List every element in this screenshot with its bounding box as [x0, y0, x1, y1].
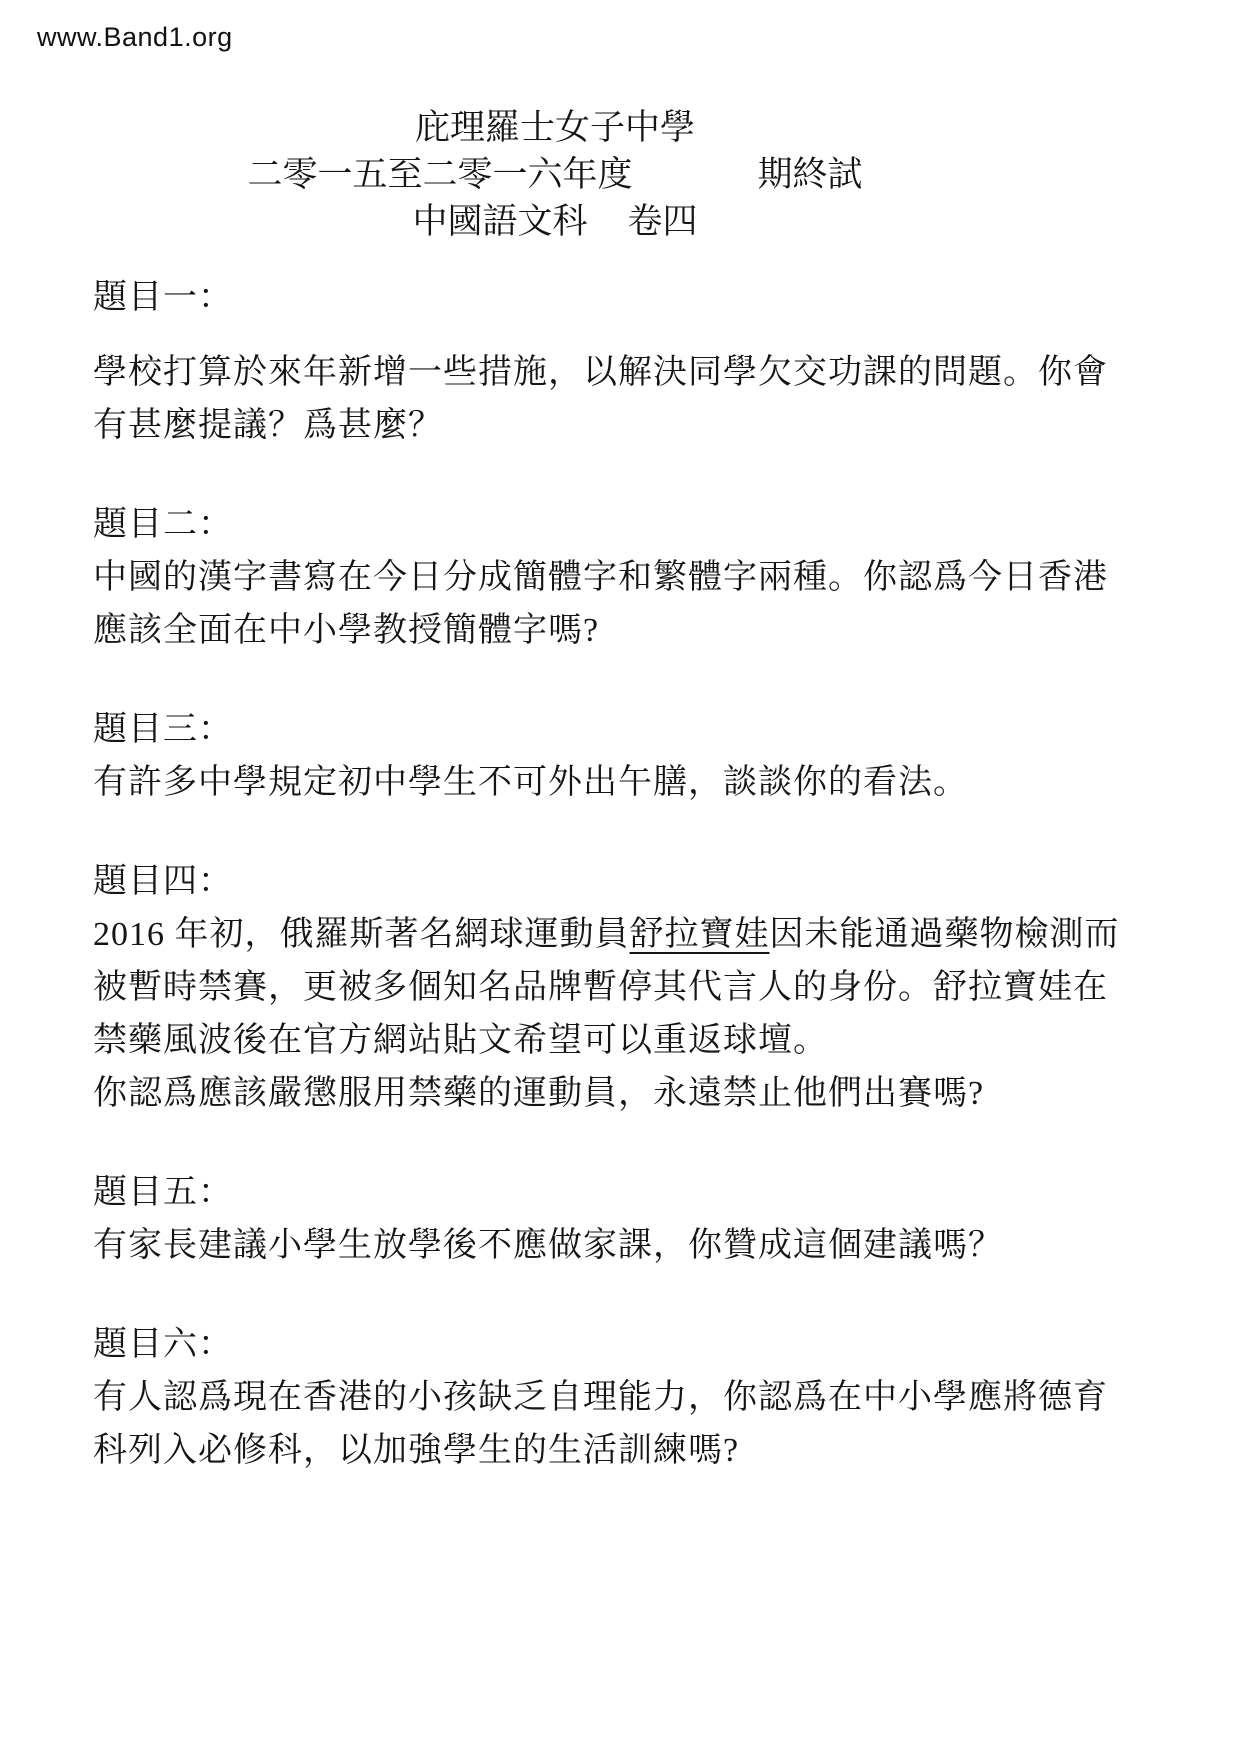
school-name: 庇理羅士女子中學 — [0, 104, 1110, 151]
question-list: 題目一：學校打算於來年新增一些措施，以解決同學欠交功課的問題。你會有甚麼提議？爲… — [93, 271, 1041, 1477]
question-text-segment: 你認爲應該嚴懲服用禁藥的運動員，永遠禁止他們出賽嗎? — [93, 1075, 984, 1112]
paper-number: 卷四 — [628, 202, 698, 241]
question-3-label: 題目三： — [93, 703, 1041, 756]
question-4: 題目四：2016 年初，俄羅斯著名網球運動員舒拉寶娃因未能通過藥物檢測而被暫時禁… — [93, 855, 1041, 1120]
question-text-segment: 科列入必修科，以加強學生的生活訓練嗎? — [93, 1432, 739, 1469]
question-3: 題目三：有許多中學規定初中學生不可外出午膳，談談你的看法。 — [93, 703, 1041, 809]
question-3-text-line: 有許多中學規定初中學生不可外出午膳，談談你的看法。 — [93, 756, 1041, 809]
question-text-segment: 有許多中學規定初中學生不可外出午膳，談談你的看法。 — [93, 764, 968, 801]
question-2-text-line: 中國的漢字書寫在今日分成簡體字和繁體字兩種。你認爲今日香港 — [93, 551, 1041, 604]
question-6-label: 題目六： — [93, 1318, 1041, 1371]
question-text-segment: 有人認爲現在香港的小孩缺乏自理能力，你認爲在中小學應將德育 — [93, 1379, 1108, 1416]
question-6-text-line: 有人認爲現在香港的小孩缺乏自理能力，你認爲在中小學應將德育 — [93, 1371, 1041, 1424]
question-1-text-line: 學校打算於來年新增一些措施，以解決同學欠交功課的問題。你會 — [93, 346, 1041, 399]
question-1-text-line: 有甚麼提議？爲甚麼？ — [93, 399, 1041, 452]
question-6-text-line: 科列入必修科，以加強學生的生活訓練嗎? — [93, 1424, 1041, 1477]
watermark-url: www.Band1.org — [37, 22, 233, 53]
question-text-segment: 因未能通過藥物檢測而 — [770, 916, 1120, 953]
question-6: 題目六：有人認爲現在香港的小孩缺乏自理能力，你認爲在中小學應將德育科列入必修科，… — [93, 1318, 1041, 1477]
question-2: 題目二：中國的漢字書寫在今日分成簡體字和繁體字兩種。你認爲今日香港應該全面在中小… — [93, 498, 1041, 657]
question-2-label: 題目二： — [93, 498, 1041, 551]
question-4-text-line: 被暫時禁賽，更被多個知名品牌暫停其代言人的身份。舒拉寶娃在 — [93, 961, 1041, 1014]
question-text-segment: 2016 年初，俄羅斯著名網球運動員 — [93, 916, 630, 953]
exam-name: 期終試 — [758, 155, 863, 194]
subject-name: 中國語文科 — [412, 202, 587, 241]
question-2-text-line: 應該全面在中小學教授簡體字嗎? — [93, 604, 1041, 657]
question-1: 題目一：學校打算於來年新增一些措施，以解決同學欠交功課的問題。你會有甚麼提議？爲… — [93, 271, 1041, 452]
year-exam-line: 二零一五至二零一六年度期終試 — [0, 151, 1110, 198]
question-4-label: 題目四： — [93, 855, 1041, 908]
question-5: 題目五：有家長建議小學生放學後不應做家課，你贊成這個建議嗎？ — [93, 1166, 1041, 1272]
question-text-segment: 學校打算於來年新增一些措施，以解決同學欠交功課的問題。你會 — [93, 354, 1108, 391]
question-text-segment: 應該全面在中小學教授簡體字嗎? — [93, 612, 599, 649]
question-5-label: 題目五： — [93, 1166, 1041, 1219]
question-4-text-line: 你認爲應該嚴懲服用禁藥的運動員，永遠禁止他們出賽嗎? — [93, 1067, 1041, 1120]
question-5-text-line: 有家長建議小學生放學後不應做家課，你贊成這個建議嗎？ — [93, 1219, 1041, 1272]
question-text-segment: 被暫時禁賽，更被多個知名品牌暫停其代言人的身份。舒拉寶娃在 — [93, 969, 1108, 1006]
question-1-label: 題目一： — [93, 271, 1041, 324]
question-text-segment: 有甚麼提議？爲甚麼？ — [93, 407, 443, 444]
question-text-segment: 禁藥風波後在官方網站貼文希望可以重返球壇。 — [93, 1022, 828, 1059]
question-text-segment: 有家長建議小學生放學後不應做家課，你贊成這個建議嗎？ — [93, 1227, 1003, 1264]
question-4-text-line: 禁藥風波後在官方網站貼文希望可以重返球壇。 — [93, 1014, 1041, 1067]
question-text-segment: 中國的漢字書寫在今日分成簡體字和繁體字兩種。你認爲今日香港 — [93, 559, 1108, 596]
underlined-name: 舒拉寶娃 — [630, 916, 770, 953]
academic-year: 二零一五至二零一六年度 — [247, 155, 632, 194]
question-4-text-line: 2016 年初，俄羅斯著名網球運動員舒拉寶娃因未能通過藥物檢測而 — [93, 908, 1041, 961]
subject-line: 中國語文科卷四 — [0, 198, 1110, 245]
exam-paper-page: www.Band1.org 庇理羅士女子中學 二零一五至二零一六年度期終試 中國… — [0, 0, 1240, 1754]
